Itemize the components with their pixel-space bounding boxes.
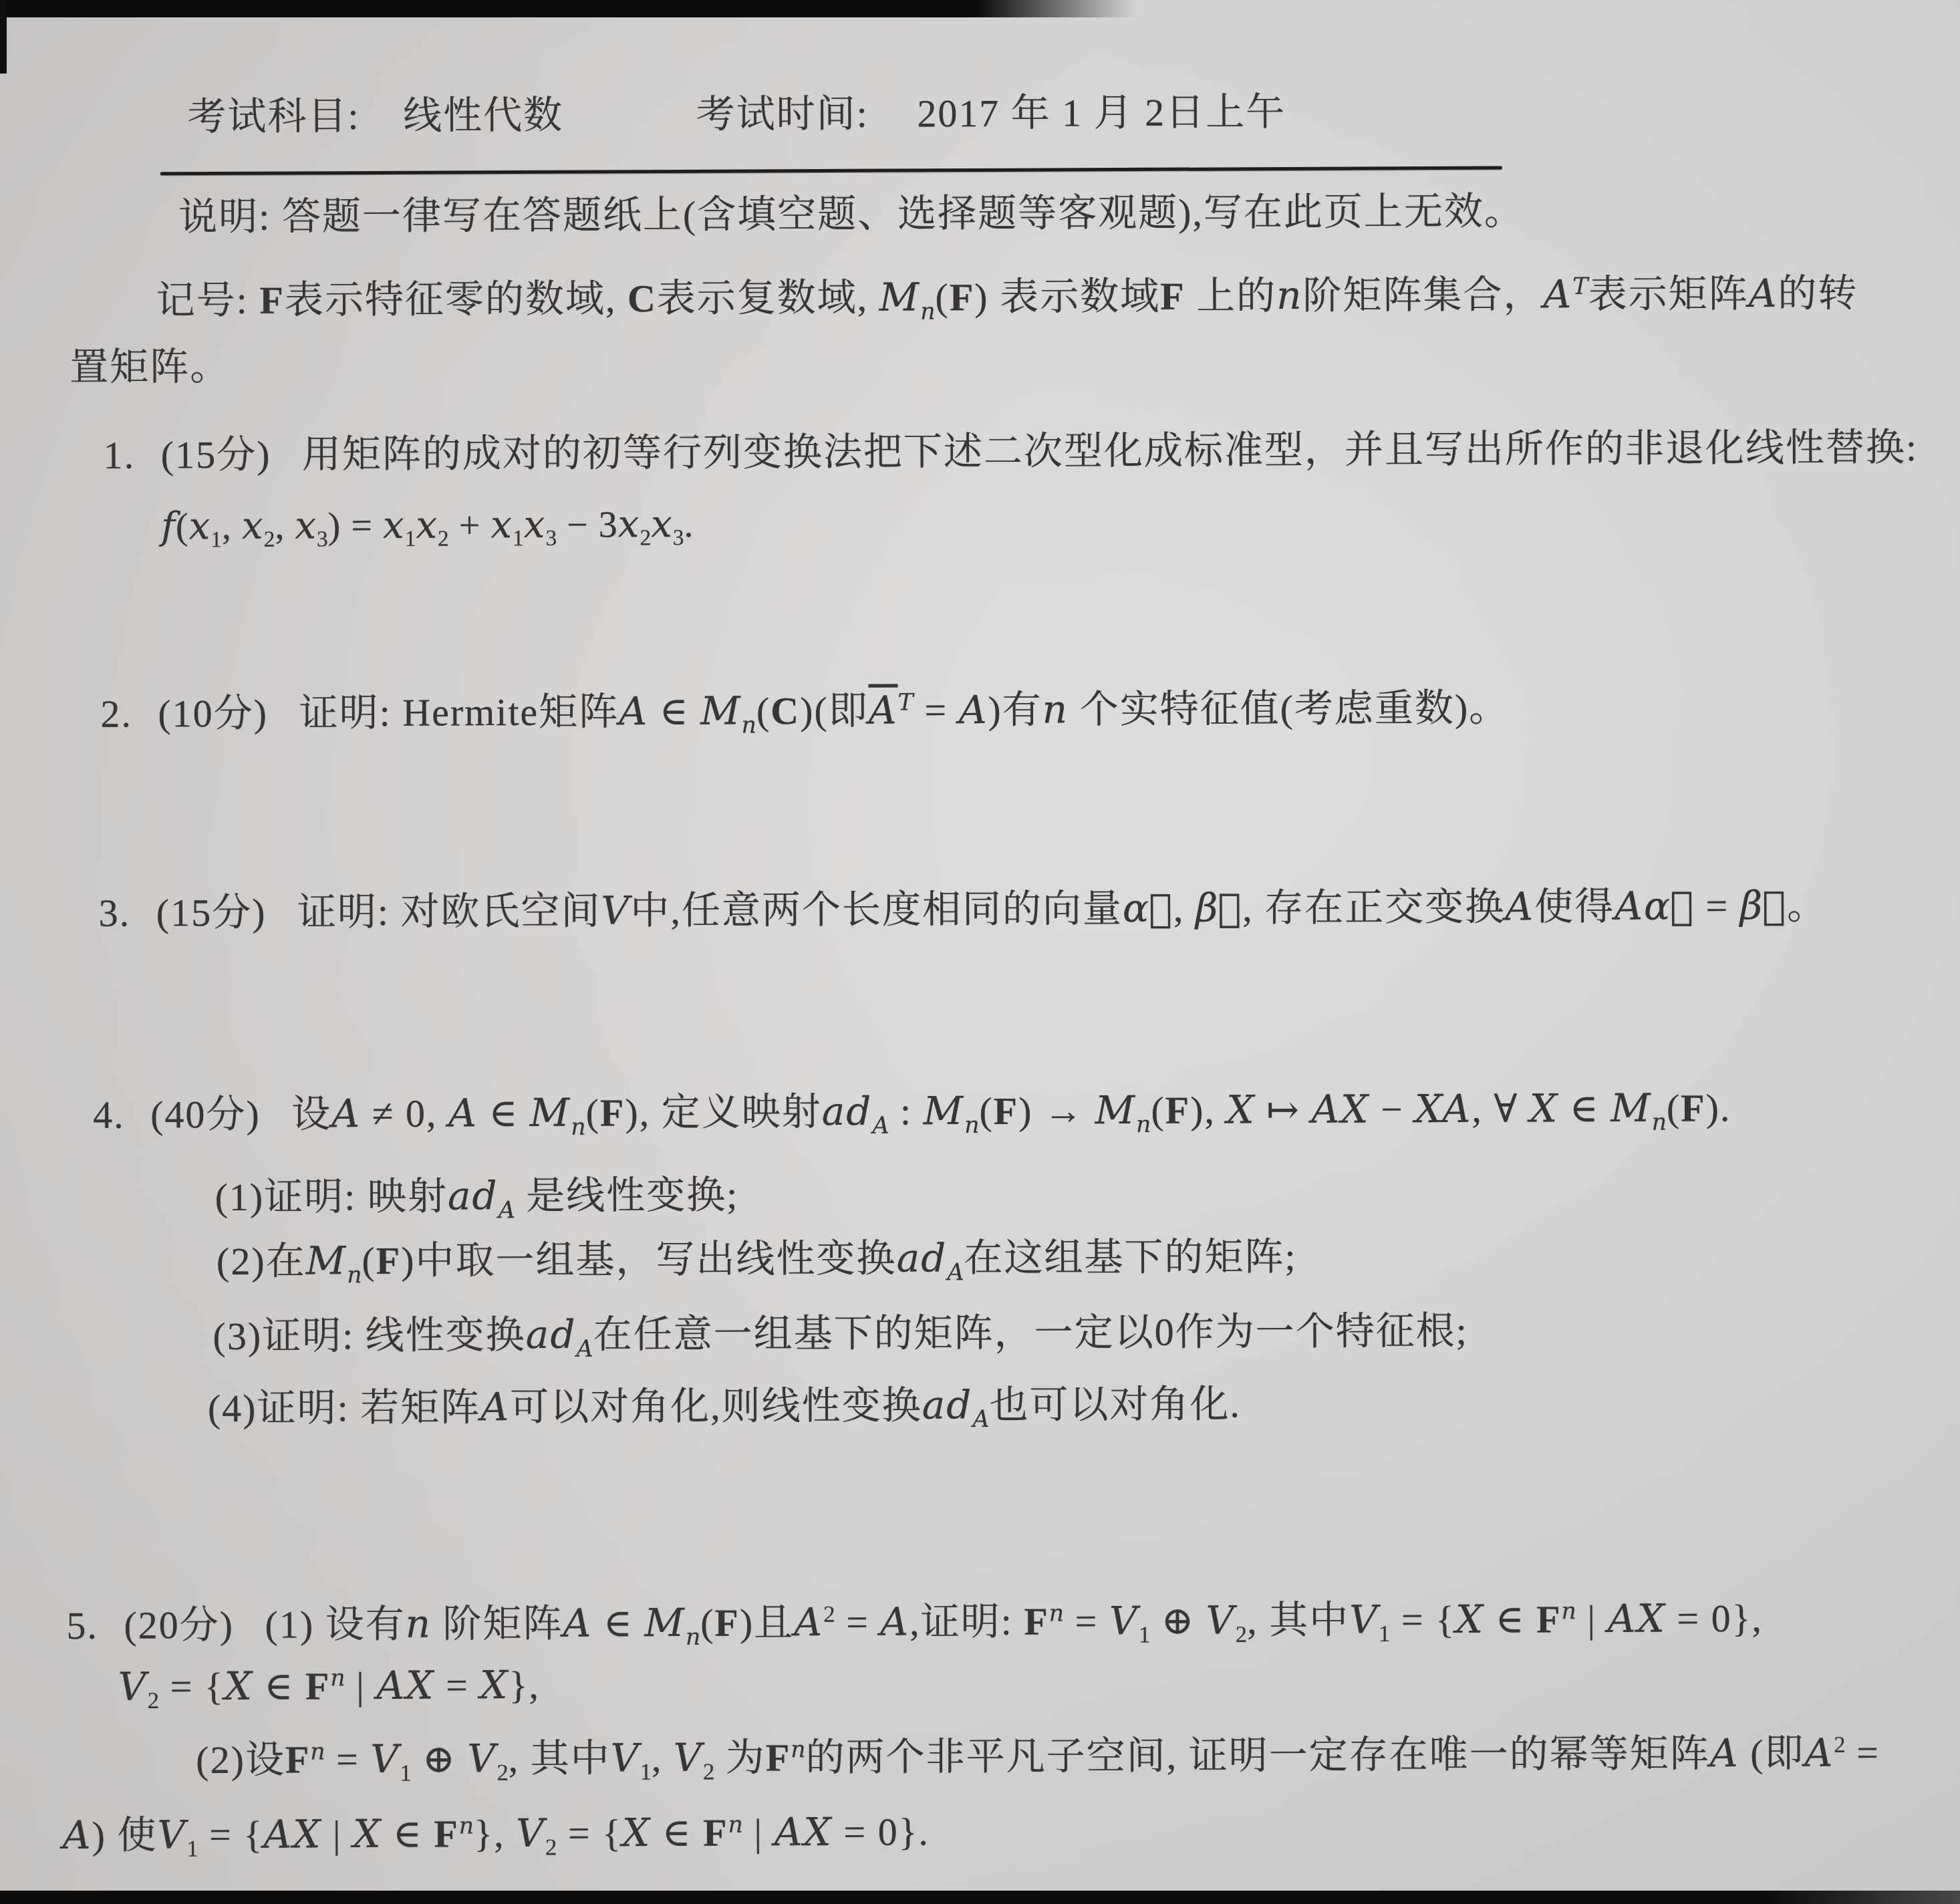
- subpart-text: (4)证明: 若矩阵A可以对角化,则线性变换adA也可以对角化.: [208, 1382, 1241, 1430]
- question-number: 2.: [100, 692, 132, 736]
- subject-label: 考试科目:: [187, 94, 360, 138]
- formula-text: f(x1, x2, x3) = x1x2 + x1x3 − 3x2x3.: [161, 504, 694, 547]
- q4-subpart-3: (3)证明: 线性变换adA在任意一组基下的矩阵，一定以0作为一个特征根;: [213, 1307, 1468, 1365]
- question-text: A) 使V1 = {AX | X ∈ Fn}, V2 = {X ∈ Fn | A…: [63, 1810, 930, 1857]
- exam-paper: 考试科目: 线性代数 考试时间: 2017 年 1 月 2日上午 说明: 答题一…: [0, 0, 1960, 1904]
- notice-text: 说明: 答题一律写在答题纸上(含填空题、选择题等客观题),写在此页上无效。: [178, 189, 1524, 239]
- q5-line-2: V2 = {X ∈ Fn | AX = X},: [118, 1661, 540, 1716]
- question-points: (10分): [158, 692, 268, 736]
- subpart-text: (3)证明: 线性变换adA在任意一组基下的矩阵，一定以0作为一个特征根;: [213, 1309, 1468, 1358]
- question-number: 1.: [104, 434, 136, 477]
- question-number: 3.: [99, 892, 131, 935]
- exam-header: 考试科目: 线性代数 考试时间: 2017 年 1 月 2日上午: [187, 88, 1286, 142]
- question-points: (40分): [150, 1093, 261, 1137]
- time-label: 考试时间:: [696, 92, 869, 136]
- q5-line-4: A) 使V1 = {AX | X ∈ Fn}, V2 = {X ∈ Fn | A…: [63, 1807, 930, 1864]
- question-text: V2 = {X ∈ Fn | AX = X},: [118, 1663, 540, 1709]
- subpart-text: (1)证明: 映射adA 是线性变换;: [215, 1174, 738, 1219]
- question-text: 设A ≠ 0, A ∈ Mn(F), 定义映射adA : Mn(F) → Mn(…: [291, 1086, 1731, 1135]
- question-text: (2)设Fn = V1 ⊕ V2, 其中V1, V2 为Fn的两个非平凡子空间,…: [196, 1731, 1880, 1782]
- question-points: (15分): [156, 891, 267, 935]
- q4-subpart-1: (1)证明: 映射adA 是线性变换;: [215, 1171, 738, 1226]
- question-1: 1. (15分) 用矩阵的成对的初等行列变换法把下述二次型化成标准型，并且写出所…: [104, 424, 1919, 480]
- question-2: 2. (10分) 证明: Hermite矩阵A ∈ Mn(C)(即AT = A)…: [100, 684, 1509, 743]
- subpart-text: (2)在Mn(F)中取一组基，写出线性变换adA在这组基下的矩阵;: [217, 1235, 1297, 1283]
- question-text: (1) 设有n 阶矩阵A ∈ Mn(F)且A2 = A,证明: Fn = V1 …: [265, 1597, 1763, 1647]
- subject-value: 线性代数: [403, 94, 563, 138]
- time-value: 2017 年 1 月 2日上午: [917, 90, 1286, 135]
- question-text: 证明: Hermite矩阵A ∈ Mn(C)(即AT = A)有n 个实特征值(…: [299, 686, 1509, 735]
- page-content: 考试科目: 线性代数 考试时间: 2017 年 1 月 2日上午 说明: 答题一…: [0, 0, 1960, 1904]
- question-points: (20分): [124, 1603, 234, 1647]
- question-text: 证明: 对欧氏空间V中,任意两个长度相同的向量α⃗, β⃗, 存在正交变换A使得…: [297, 883, 1827, 934]
- question-5: 5. (20分) (1) 设有n 阶矩阵A ∈ Mn(F)且A2 = A,证明:…: [66, 1594, 1763, 1655]
- q5-line-3: (2)设Fn = V1 ⊕ V2, 其中V1, V2 为Fn的两个非平凡子空间,…: [196, 1728, 1880, 1788]
- question-3: 3. (15分) 证明: 对欧氏空间V中,任意两个长度相同的向量α⃗, β⃗, …: [99, 881, 1828, 938]
- question-points: (15分): [161, 433, 271, 477]
- question-number: 5.: [66, 1604, 98, 1647]
- notation-line-2: 置矩阵。: [69, 343, 230, 392]
- question-number: 4.: [93, 1093, 125, 1137]
- notice-line: 说明: 答题一律写在答题纸上(含填空题、选择题等客观题),写在此页上无效。: [178, 187, 1524, 241]
- q4-subpart-4: (4)证明: 若矩阵A可以对角化,则线性变换adA也可以对角化.: [208, 1379, 1241, 1438]
- notation-text-1: 记号: F表示特征零的数域, C表示复数域, Mn(F) 表示数域F 上的n阶矩…: [156, 271, 1858, 322]
- question-1-formula: f(x1, x2, x3) = x1x2 + x1x3 − 3x2x3.: [161, 501, 694, 555]
- notation-line-1: 记号: F表示特征零的数域, C表示复数域, Mn(F) 表示数域F 上的n阶矩…: [156, 269, 1858, 329]
- q4-subpart-2: (2)在Mn(F)中取一组基，写出线性变换adA在这组基下的矩阵;: [217, 1232, 1297, 1290]
- header-rule: [160, 166, 1502, 176]
- question-text: 用矩阵的成对的初等行列变换法把下述二次型化成标准型，并且写出所作的非退化线性替换…: [302, 426, 1918, 477]
- question-4: 4. (40分) 设A ≠ 0, A ∈ Mn(F), 定义映射adA : Mn…: [93, 1083, 1731, 1144]
- notation-text-2: 置矩阵。: [69, 345, 230, 389]
